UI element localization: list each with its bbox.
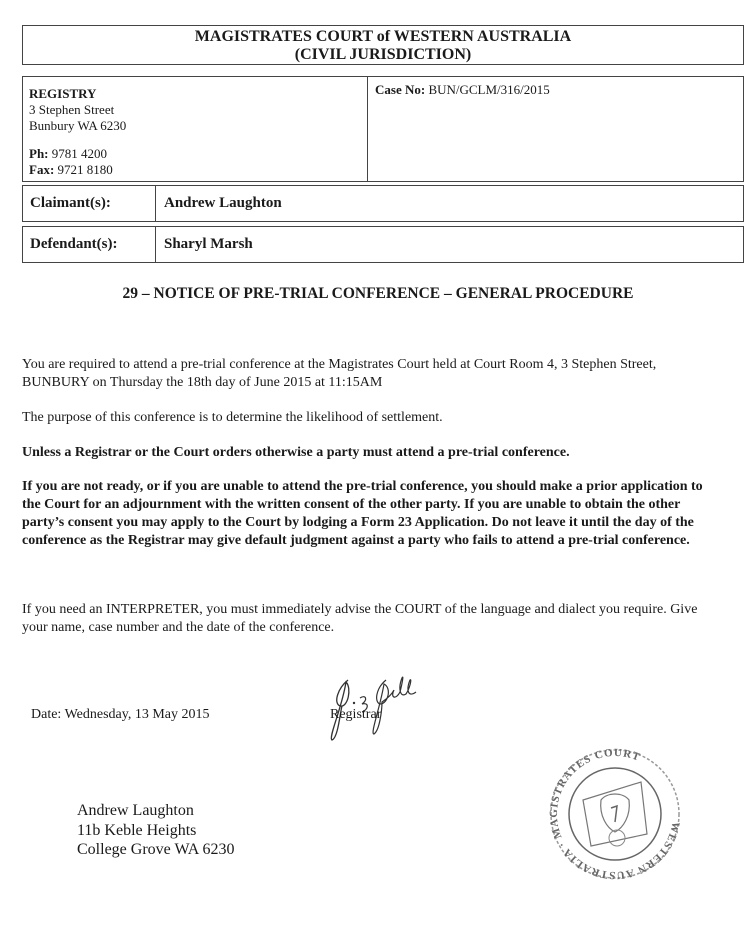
jurisdiction: (CIVIL JURISDICTION)	[23, 46, 743, 64]
recipient-address: Andrew Laughton 11b Keble Heights Colleg…	[77, 801, 234, 860]
claimant-row: Claimant(s): Andrew Laughton	[22, 185, 744, 222]
attendance-paragraph: You are required to attend a pre-trial c…	[22, 356, 722, 392]
registry-fax: Fax: 9721 8180	[29, 162, 367, 178]
court-seal-icon: WESTERN AUSTRALIA · MAGISTRATES COURT	[545, 742, 685, 887]
registrar-title: Registrar	[330, 707, 381, 723]
recipient-address-line1: 11b Keble Heights	[77, 821, 234, 841]
registry-phone: Ph: 9781 4200	[29, 146, 367, 162]
purpose-paragraph: The purpose of this conference is to det…	[22, 409, 722, 427]
registry-address-line2: Bunbury WA 6230	[29, 118, 367, 134]
court-title-box: MAGISTRATES COURT of WESTERN AUSTRALIA (…	[22, 25, 744, 65]
notice-title: 29 – NOTICE OF PRE-TRIAL CONFERENCE – GE…	[0, 285, 756, 303]
defendant-label: Defendant(s):	[23, 227, 156, 262]
issue-date: Date: Wednesday, 13 May 2015	[31, 707, 210, 723]
interpreter-paragraph: If you need an INTERPRETER, you must imm…	[22, 601, 722, 637]
registry-heading: REGISTRY	[29, 86, 367, 102]
mandatory-attendance-paragraph: Unless a Registrar or the Court orders o…	[22, 444, 722, 462]
recipient-address-line2: College Grove WA 6230	[77, 840, 234, 860]
defendant-row: Defendant(s): Sharyl Marsh	[22, 226, 744, 263]
defendant-name: Sharyl Marsh	[156, 236, 253, 253]
registry-box: REGISTRY 3 Stephen Street Bunbury WA 623…	[22, 76, 744, 182]
registry-details: REGISTRY 3 Stephen Street Bunbury WA 623…	[23, 77, 368, 181]
case-number: Case No: BUN/GCLM/316/2015	[375, 77, 550, 98]
court-name: MAGISTRATES COURT of WESTERN AUSTRALIA	[23, 28, 743, 46]
recipient-name: Andrew Laughton	[77, 801, 234, 821]
claimant-name: Andrew Laughton	[156, 195, 282, 212]
claimant-label: Claimant(s):	[23, 186, 156, 221]
registry-address-line1: 3 Stephen Street	[29, 102, 367, 118]
adjournment-paragraph: If you are not ready, or if you are unab…	[22, 478, 722, 550]
